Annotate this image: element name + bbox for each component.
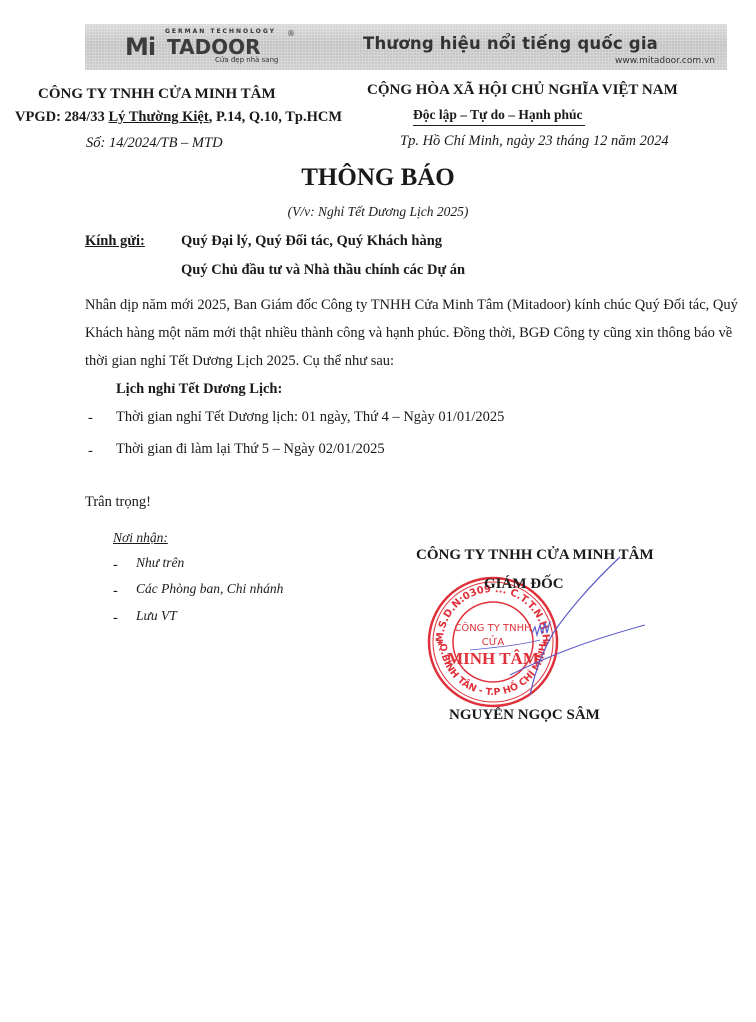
brand-slogan: Thương hiệu nổi tiếng quốc gia [363, 34, 658, 53]
recipient-item: Như trên [136, 555, 184, 571]
brand-subtitle: GERMAN TECHNOLOGY [165, 28, 276, 35]
national-title: CỘNG HÒA XÃ HỘI CHỦ NGHĨA VIỆT NAM [367, 82, 678, 99]
schedule-item: Thời gian đi làm lại Thứ 5 – Ngày 02/01/… [116, 441, 385, 458]
handwritten-signature-icon [470, 555, 650, 705]
address-suffix: , P.14, Q.10, Tp.HCM [209, 109, 342, 125]
letterhead-banner: GERMAN TECHNOLOGY Mi TADOOR ® Cửa đẹp nh… [85, 24, 727, 70]
list-bullet: - [113, 583, 118, 600]
place-date: Tp. Hồ Chí Minh, ngày 23 tháng 12 năm 20… [400, 133, 669, 150]
national-motto: Độc lập – Tự do – Hạnh phúc [413, 107, 585, 126]
brand-tagline: Cửa đẹp nhà sang [215, 56, 278, 64]
svg-text:★: ★ [436, 638, 444, 648]
closing-text: Trân trọng! [85, 494, 151, 511]
body-paragraph: Nhân dịp năm mới 2025, Ban Giám đốc Công… [85, 291, 745, 375]
schedule-item: Thời gian nghỉ Tết Dương lịch: 01 ngày, … [116, 409, 504, 426]
company-address: VPGD: 284/33 Lý Thường Kiệt, P.14, Q.10,… [15, 109, 342, 126]
addressee-line: Quý Đại lý, Quý Đối tác, Quý Khách hàng [181, 233, 442, 250]
address-prefix: VPGD: 284/33 [15, 109, 108, 125]
signer-name: NGUYỄN NGỌC SÂM [449, 707, 600, 724]
brand-logo-prefix: Mi [125, 33, 155, 61]
company-name: CÔNG TY TNHH CỬA MINH TÂM [38, 86, 276, 103]
document-subject: (V/v: Nghỉ Tết Dương Lịch 2025) [0, 204, 756, 220]
list-bullet: - [113, 557, 118, 574]
recipient-item: Lưu VT [136, 608, 177, 624]
document-number: Số: 14/2024/TB – MTD [86, 135, 223, 152]
addressee-label: Kính gửi: [85, 233, 145, 250]
document-title: THÔNG BÁO [0, 164, 756, 192]
address-street: Lý Thường Kiệt [108, 109, 208, 125]
recipients-label: Nơi nhận: [113, 530, 168, 546]
addressee-line: Quý Chủ đầu tư và Nhà thầu chính các Dự … [181, 262, 465, 279]
recipient-item: Các Phòng ban, Chi nhánh [136, 581, 283, 597]
schedule-title: Lịch nghỉ Tết Dương Lịch: [116, 381, 282, 398]
website-link[interactable]: www.mitadoor.com.vn [615, 56, 715, 66]
registered-mark: ® [287, 29, 295, 38]
list-bullet: - [113, 610, 118, 627]
list-bullet: - [88, 410, 93, 427]
list-bullet: - [88, 443, 93, 460]
